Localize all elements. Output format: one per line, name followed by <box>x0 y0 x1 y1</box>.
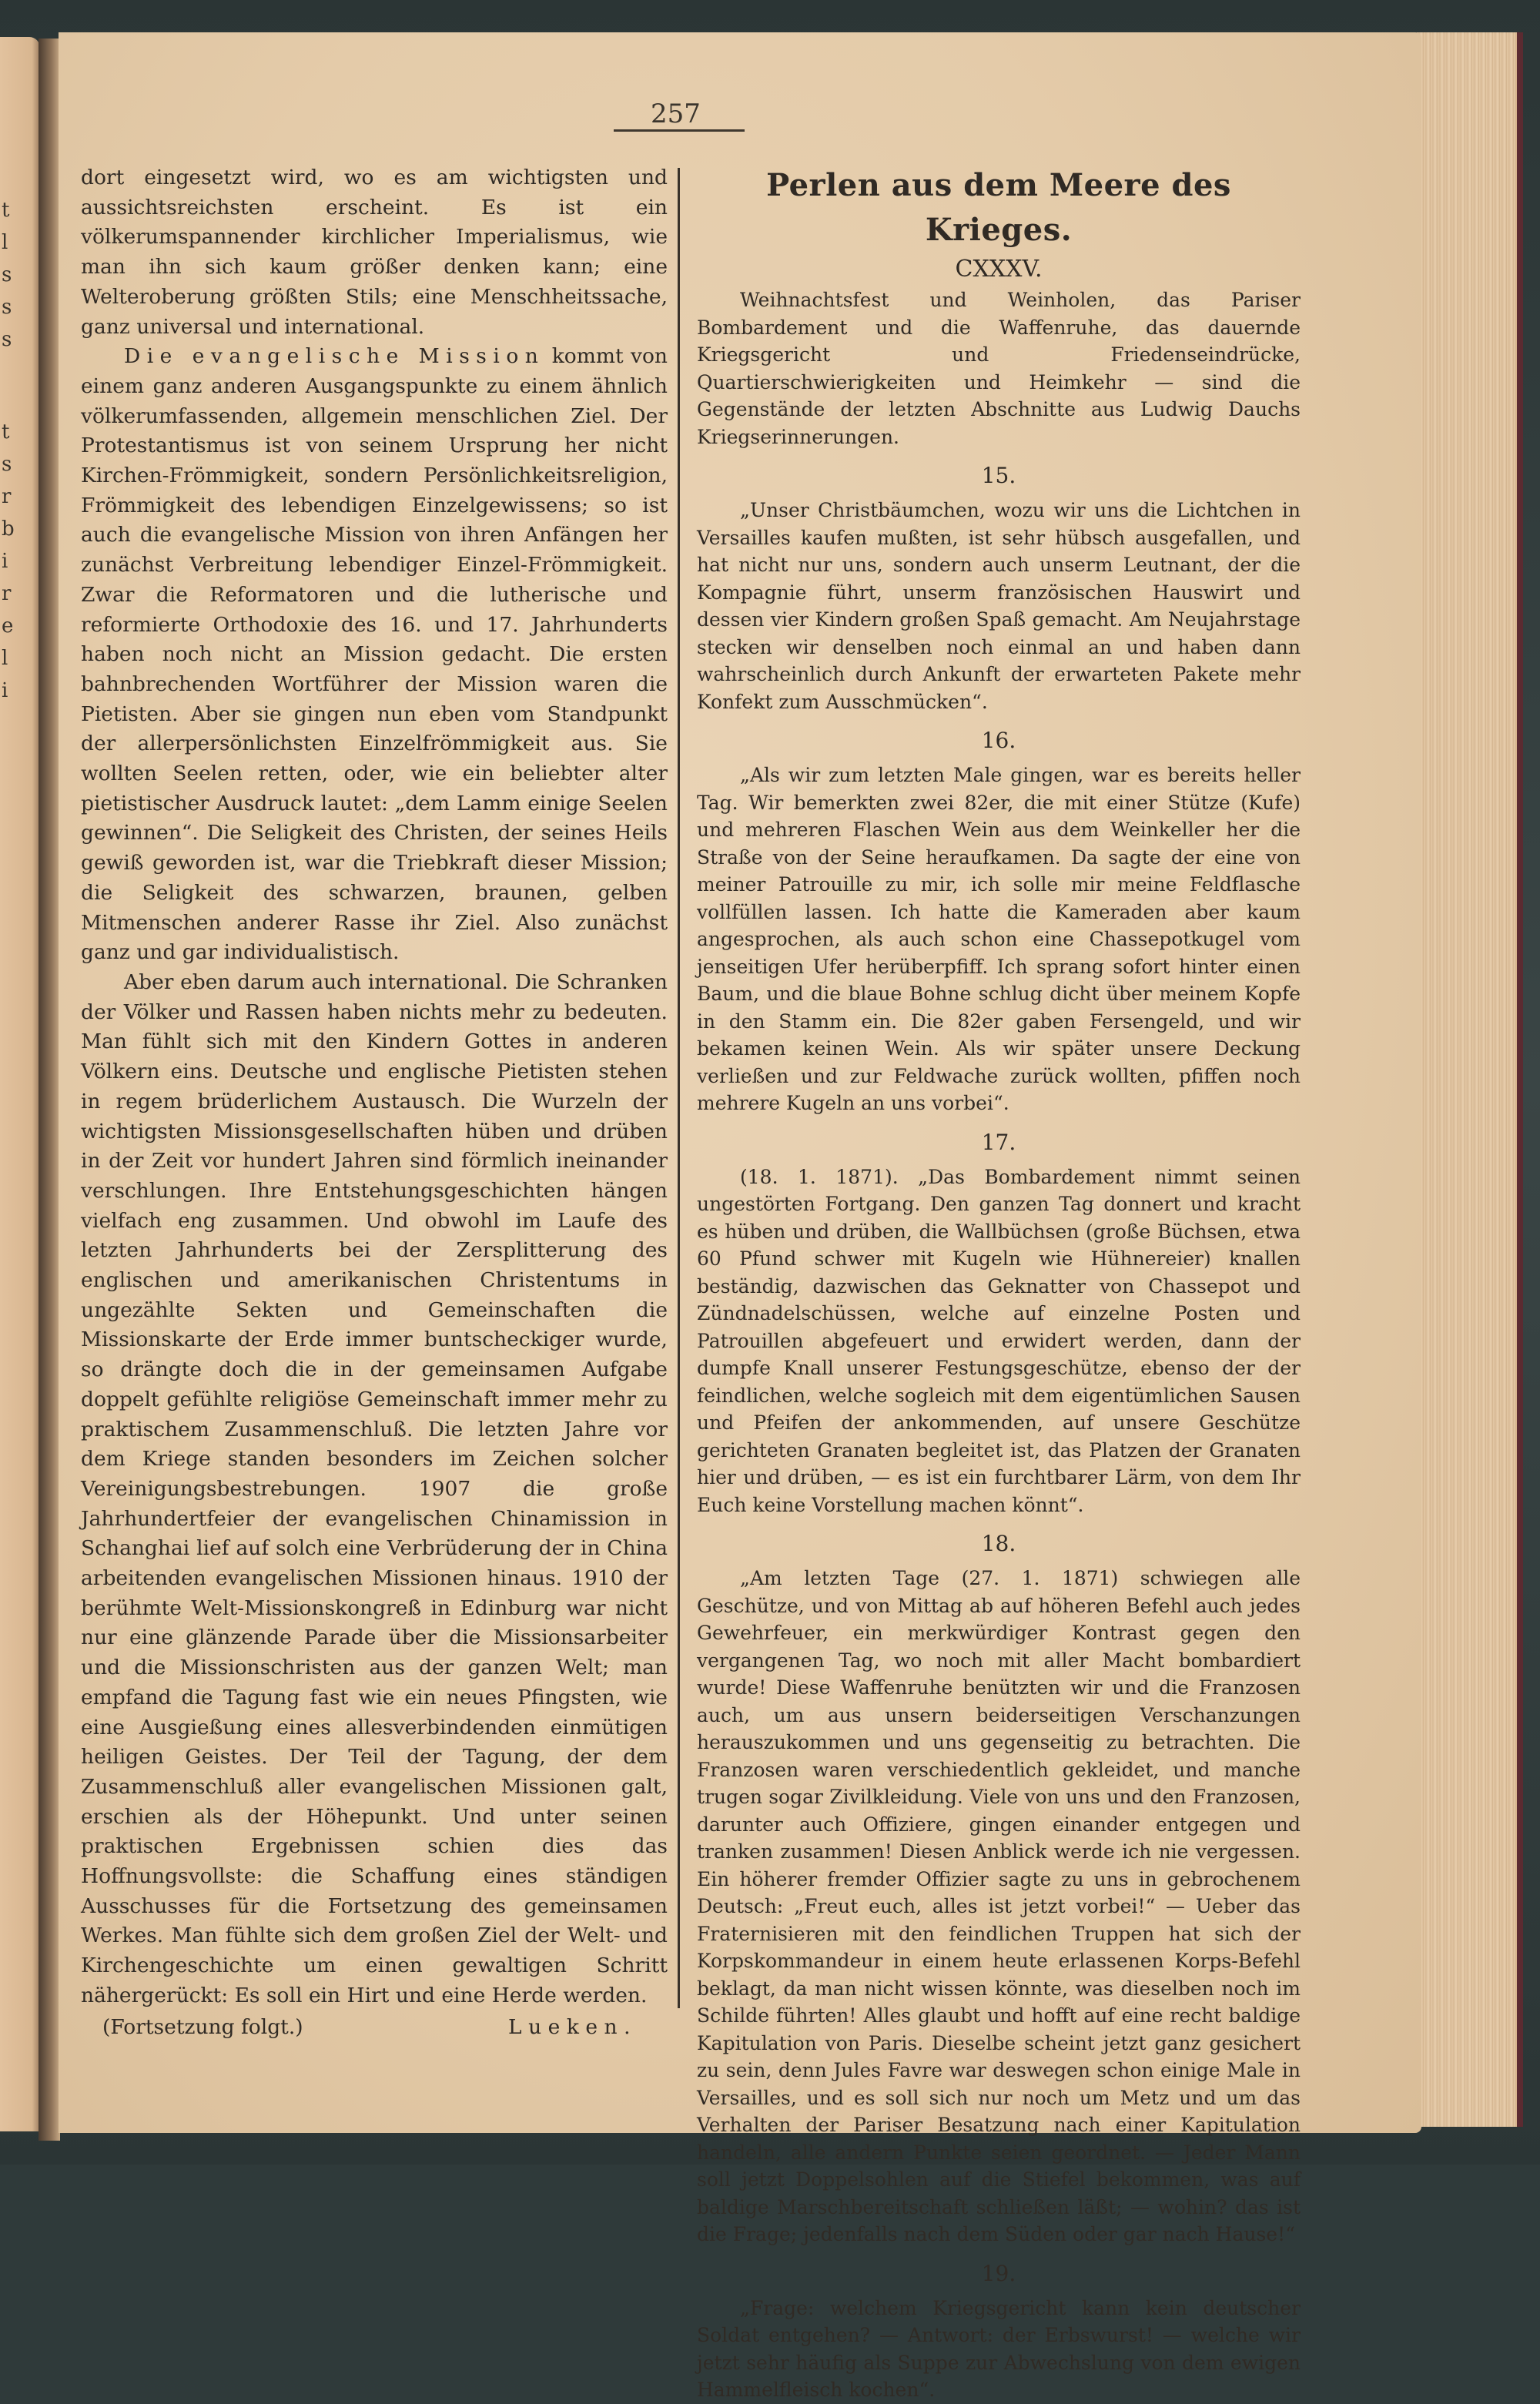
prev-page-fragment: s <box>2 453 12 476</box>
section-number: 16. <box>697 726 1301 755</box>
page-number: 257 <box>651 99 701 129</box>
page-number-rule <box>614 129 745 132</box>
section-text: „Unser Christbäumchen, wozu wir uns die … <box>697 497 1301 715</box>
author-signature: Lueken. <box>508 2013 637 2043</box>
previous-page-edge: t l s s s t s r b i r e l i <box>0 37 40 2131</box>
prev-page-fragment: l <box>2 231 8 254</box>
prev-page-fragment: s <box>2 328 12 351</box>
prev-page-fragment: r <box>2 582 11 605</box>
prev-page-fragment: e <box>2 614 13 638</box>
spaced-emphasis: Die evangelische Mission <box>124 344 544 368</box>
paragraph: Aber eben darum auch international. Die … <box>81 968 668 2011</box>
section-text: (18. 1. 1871). „Das Bombardement nimmt s… <box>697 1163 1301 1519</box>
article-summary: Weihnachtsfest und Weinholen, das Parise… <box>697 286 1301 450</box>
column-divider <box>678 168 680 2008</box>
section-number: 15. <box>697 461 1301 491</box>
continued-note: (Fortsetzung folgt.) <box>102 2013 303 2043</box>
left-column-article: dort eingesetzt wird, wo es am wichtigst… <box>81 163 668 2042</box>
paragraph: dort eingesetzt wird, wo es am wichtigst… <box>81 163 668 342</box>
section-text: „Als wir zum letzten Male gingen, war es… <box>697 762 1301 1117</box>
section-text: „Am letzten Tage (27. 1. 1871) schwiegen… <box>697 1565 1301 2165</box>
prev-page-fragment: s <box>2 263 12 286</box>
section-number: 18. <box>697 1529 1301 1559</box>
prev-page-fragment: r <box>2 485 11 508</box>
right-column-article: Perlen aus dem Meere des Krieges. CXXXV.… <box>697 163 1301 2165</box>
prev-page-fragment: i <box>2 679 8 702</box>
book-gutter <box>38 39 60 2141</box>
prev-page-fragment: l <box>2 647 8 670</box>
paragraph-text: kommt von einem ganz anderen Ausgangspun… <box>81 344 668 964</box>
prev-page-fragment: t <box>2 420 9 444</box>
prev-page-fragment: s <box>2 296 12 319</box>
installment-number: CXXXV. <box>697 254 1301 285</box>
section-number: 17. <box>697 1128 1301 1157</box>
prev-page-fragment: t <box>2 199 9 222</box>
prev-page-fragment: i <box>2 550 8 573</box>
page-stack-fore-edge <box>1417 32 1518 2127</box>
article-closing: (Fortsetzung folgt.) Lueken. <box>81 2013 668 2043</box>
prev-page-fragment: b <box>2 517 15 541</box>
article-headline: Perlen aus dem Meere des Krieges. <box>697 163 1301 253</box>
paragraph: Die evangelische Mission kommt von einem… <box>81 342 668 968</box>
